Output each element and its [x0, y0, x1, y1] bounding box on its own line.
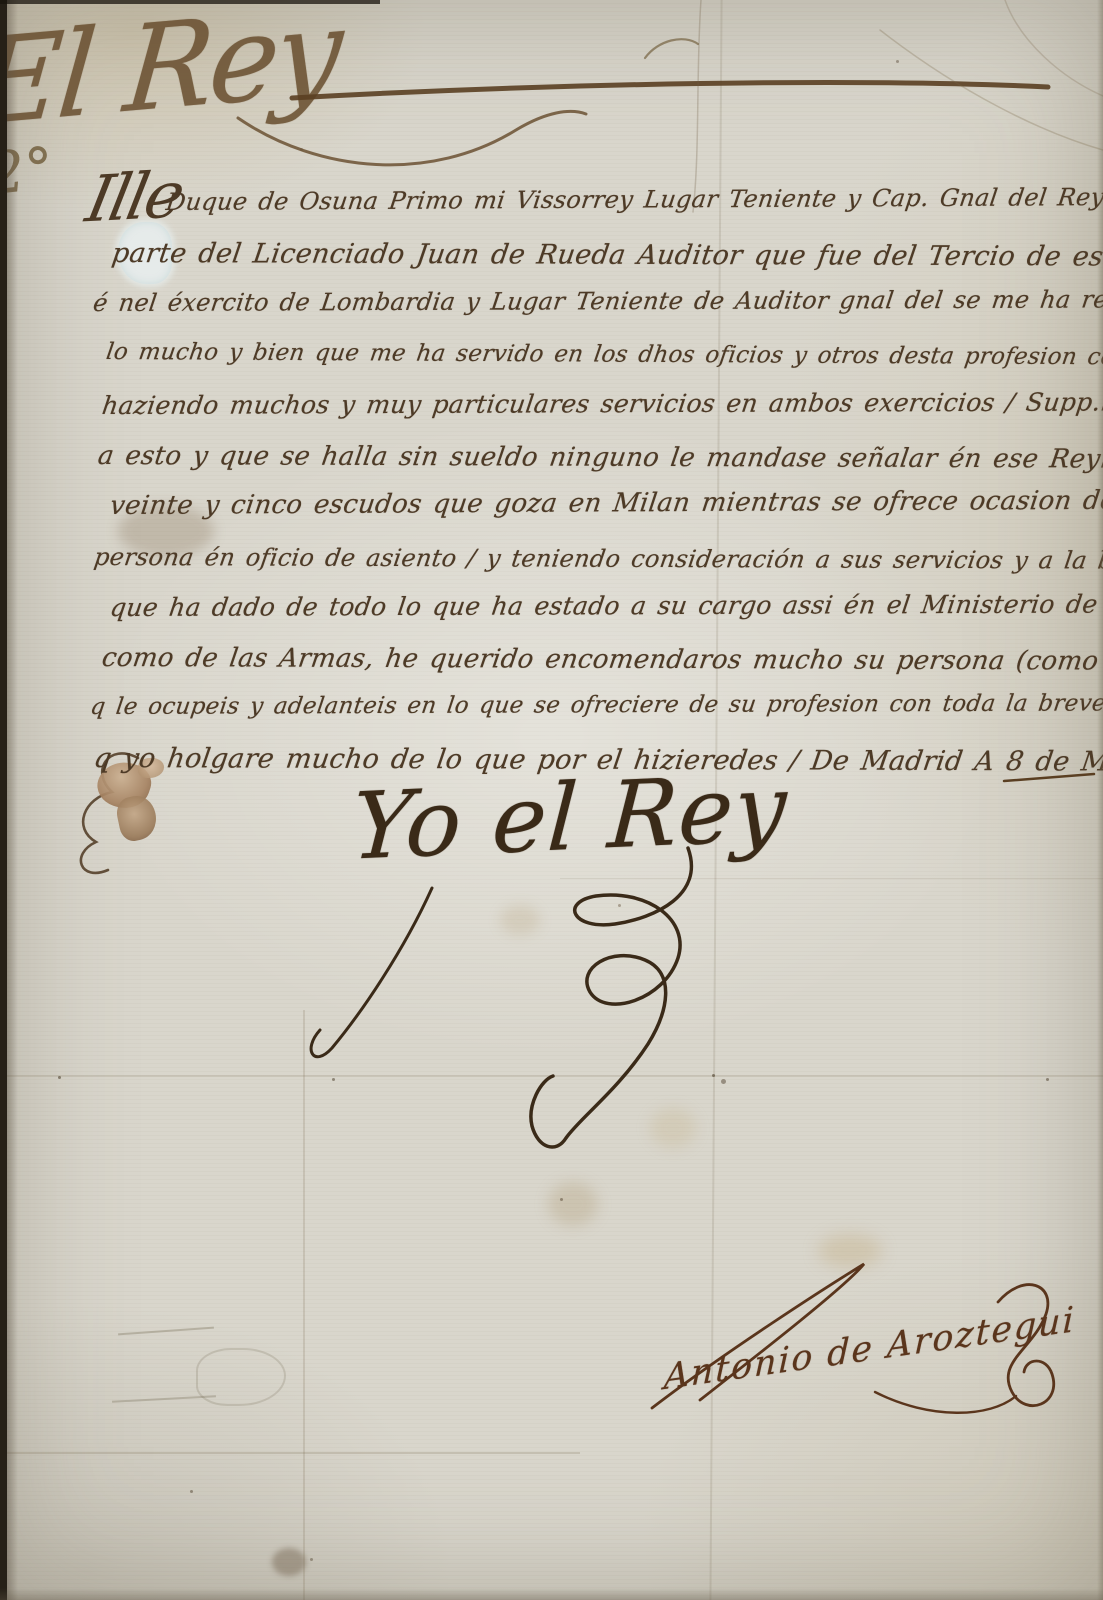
manuscript-line-3: é nel éxercito de Lombardia y Lugar Teni…	[92, 287, 1103, 315]
page-edge-left	[0, 0, 7, 1600]
dark-spot-stain	[272, 1548, 306, 1576]
embossed-seal-ghost	[196, 1348, 286, 1406]
manuscript-line-1: Duque de Osuna Primo mi Vissorrey Lugar …	[165, 184, 1103, 214]
royal-signature: Yo el Rey	[349, 762, 789, 873]
show-through-mark	[118, 1327, 214, 1336]
top-pen-mark	[645, 39, 698, 58]
secretary-underline-flourish	[875, 1392, 1016, 1413]
royal-rubric-flourish	[531, 848, 691, 1147]
wax-blob	[114, 793, 160, 844]
page-edge-left-shadow	[7, 0, 18, 1600]
manuscript-scan: El Rey 2° Ille Duque de	[0, 0, 1103, 1600]
manuscript-line-10: como de las Armas, he querido encomendar…	[100, 645, 1103, 675]
page-edge-bottom	[0, 1588, 1103, 1600]
round-stain	[548, 1182, 598, 1226]
faint-stain	[650, 1108, 696, 1148]
royal-letterhead: El Rey	[0, 0, 343, 142]
heading-rule-flourish	[292, 83, 1048, 98]
small-stain	[500, 905, 540, 935]
manuscript-line-4: lo mucho y bien que me ha servido en los…	[105, 341, 1103, 370]
fold-crease-bottom-left	[0, 1452, 580, 1454]
manuscript-line-8: persona én oficio de asiento / y teniend…	[93, 545, 1103, 573]
corner-crease-1	[880, 30, 1103, 150]
royal-descender-flourish	[311, 888, 432, 1057]
dirt-specks	[58, 1076, 61, 1079]
manuscript-line-6: a esto y que se halla sin sueldo ninguno…	[96, 443, 1103, 473]
secretary-signature: Antonio de Aroztegui	[663, 1303, 1076, 1396]
fold-crease-horizontal	[0, 1075, 1103, 1077]
fold-crease-vertical-left	[303, 1010, 305, 1600]
corner-crease-2	[1005, 0, 1103, 96]
top-crease	[693, 0, 701, 212]
tan-stain	[818, 1234, 882, 1268]
manuscript-line-5: haziendo muchos y muy particulares servi…	[101, 389, 1103, 418]
manuscript-line-2: parte del Licenciado Juan de Rueda Audit…	[110, 240, 1103, 271]
manuscript-line-7: veinte y cinco escudos que goza en Milan…	[108, 487, 1103, 519]
page-edge-right	[1097, 0, 1103, 1600]
manuscript-line-11: q le ocupeis y adelanteis en lo que se o…	[89, 692, 1103, 719]
manuscript-line-9: que ha dado de todo lo que ha estado a s…	[109, 591, 1103, 620]
page-edge-top	[0, 0, 380, 4]
fold-crease-horizontal-faint	[560, 878, 1103, 879]
